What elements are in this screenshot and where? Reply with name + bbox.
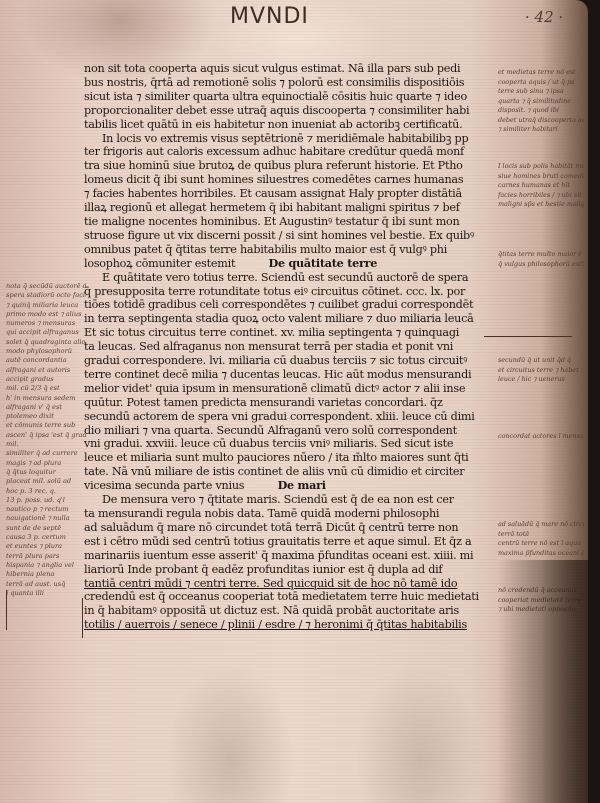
annotation-line: secundū q̄ ut unit q̄d q̄ [498, 356, 584, 366]
text-line: De mensura vero ⁊ q̄titate maris. Sciend… [84, 493, 494, 507]
annotation-line: alfragani v' q̄ est [6, 403, 86, 412]
text-line: omnibus patet q̄ q̄titas terre habitabil… [84, 243, 494, 257]
text-line: q̄ presupposita terre rotunditate totus … [84, 285, 494, 299]
text-line: marinariis iuentum esse asserit' q̄ maxi… [84, 549, 494, 563]
text-line: struose figure ut vix discerni possit / … [84, 229, 494, 243]
text-line: quūtur. Potest tamen predicta mensurandi… [84, 396, 494, 410]
right-margin-annotation-2: I locis sub polis habitāt monstra siue h… [498, 162, 584, 210]
annotation-line: qui accipit alfraganus [6, 328, 86, 337]
annotation-line: hibernia plena [6, 570, 86, 579]
annotation-line: causa 3 p. certum [6, 533, 86, 542]
annotation-line: 13 p. poss. ud. q'l [6, 496, 86, 505]
annotation-line: et cōmunis terre sub [6, 421, 86, 430]
text-line: ter frigoris aut caloris excessum adhuc … [84, 145, 494, 159]
annotation-line: facies horribiles / ⁊ ubi sīt [498, 191, 584, 201]
text-line: ta mensurandi regula nobis data. Tamē qu… [84, 507, 494, 521]
annotation-line: terrā plura pars [6, 552, 86, 561]
text-line: vicesima secunda parte vnius [84, 479, 244, 492]
left-margin-annotations: nota q̄ secūdū auctorē de spera stadiorū… [6, 282, 86, 598]
text-line: vni gradui. xxviii. leuce cū duabus terc… [84, 437, 494, 451]
margin-bracket-mark [82, 598, 83, 638]
text-line: in terra septingenta stadia quoꝝ octo va… [84, 312, 494, 326]
annotation-line: q̄titas terre multo maior ē [498, 250, 584, 260]
right-margin-annotation-6: ad saluādū q̄ mare nō circundat terrā to… [498, 520, 584, 558]
folio-number: · 42 · [525, 8, 563, 26]
annotation-line: debet utraq̄ discooperta aquis [498, 116, 584, 126]
annotation-line: autē concordantia [6, 356, 86, 365]
annotation-line: disposit. ⁊ quod ibi [498, 106, 584, 116]
text-line: tate. Nā vnū miliare de istis continet d… [84, 465, 494, 479]
section-heading-quantity-of-earth: De quātitate terre [239, 257, 378, 270]
margin-rule-mark [484, 336, 572, 337]
annotation-line: h' in mensura sedem [6, 394, 86, 403]
annotation-line: similiter q̄ ad currere [6, 449, 86, 458]
page-edge-shadow [498, 560, 588, 803]
annotation-line: placeat mil. solū ad [6, 477, 86, 486]
text-line: In locis vo extremis visus septētrionē ⁊… [84, 132, 494, 146]
text-line-underlined: totilis / auerrois / senece / plinii / e… [84, 618, 494, 632]
annotation-line: cooperta aquis / ut q̄ ps [498, 78, 584, 88]
annotation-line: nautico p ⁊ rectum [6, 505, 86, 514]
annotation-line: q̄ q̄tus loquitur [6, 468, 86, 477]
annotation-line: nota q̄ secūdū auctorē de [6, 282, 86, 291]
section-heading-sea: De mari [248, 479, 326, 492]
text-line: bus nostris, q̄rtā ad remotionē solis ⁊ … [84, 76, 494, 90]
running-head: MVNDI [230, 4, 309, 29]
text-line: ⁊ facies habentes horribiles. Et causam … [84, 187, 494, 201]
annotation-line: spera stadiorū octo faciūt [6, 291, 86, 300]
text-line: tiōes totidē gradibus celi correspondēte… [84, 298, 494, 312]
annotation-line: I locis sub polis habitāt monstra [498, 162, 584, 172]
annotation-line: ptolemeo dixit [6, 412, 86, 421]
text-line: est i cētro mūdi sed centrū totius graui… [84, 535, 494, 549]
annotation-line: et medietas terre nō est [498, 68, 584, 78]
text-line-with-heading: vicesima secunda parte vnius De mari [84, 479, 494, 493]
text-line: terre continet decē milia ⁊ ducentas leu… [84, 368, 494, 382]
text-line: ad saluādum q̄ mare nō circundet totā te… [84, 521, 494, 535]
text-line: sicut ista ⁊ similiter quarta ultra equi… [84, 90, 494, 104]
annotation-line: maligni sp̄s et bestie maligne [498, 200, 584, 210]
annotation-line: numeros ⁊ mensuras [6, 319, 86, 328]
annotation-line: alfragani et autoris [6, 366, 86, 375]
annotation-line: centrū terre nō est ī aqua ⁊ centrū [498, 539, 584, 549]
annotation-line: concordat actores ī mensurā [498, 432, 584, 442]
text-line-with-heading: losophoꝝ cōmuniter estemit De quātitate … [84, 257, 494, 271]
text-line: tie maligne nocentes hominibus. Et Augus… [84, 215, 494, 229]
printed-text-block: non sit tota cooperta aquis sicut vulgus… [84, 62, 494, 632]
annotation-line: maxima p̄funditas oceani ē 14 [498, 549, 584, 559]
annotation-line: ⁊ quinq̄ miliaria leuca [6, 301, 86, 310]
text-line: credendū est q̄ occeanus cooperiat totā … [84, 590, 494, 604]
annotation-line: terre sub sinu ⁊ ipsa [498, 87, 584, 97]
text-line: secundū actorem de spera vni gradui corr… [84, 410, 494, 424]
annotation-line: hoc p. 3 rec. q. [6, 487, 86, 496]
annotation-line: hispania ⁊ anglia vel [6, 561, 86, 570]
annotation-line: nauigationē ⁊ nulla [6, 514, 86, 523]
annotation-line: terrā ad aust. usq̄ [6, 580, 86, 589]
annotation-line: sunt de de septē [6, 524, 86, 533]
text-line: liariorū Inde probant q̄ eadēz profundit… [84, 563, 494, 577]
annotation-line: modo phylosophorū [6, 347, 86, 356]
text-line: gradui correspondere. lvi. miliaria cū d… [84, 354, 494, 368]
margin-bracket-mark [6, 590, 7, 630]
annotation-line: primo modo est ⁊ alius [6, 310, 86, 319]
text-line: leuce et miliaria sunt multo pauciores n… [84, 451, 494, 465]
text-line: melior videt' quia ipsum in mensurationē… [84, 382, 494, 396]
text-line-underlined: tantiā centri mūdi ⁊ centri terre. Sed q… [84, 577, 494, 591]
book-page: MVNDI · 42 · non sit tota cooperta aquis… [0, 0, 588, 803]
annotation-line: ī quanta illi [6, 589, 86, 598]
text-line: lomeus dicit q̄ ibi sunt homines siluest… [84, 173, 494, 187]
annotation-line: ascen' q̄ ipsa 'est q̄ grado [6, 431, 86, 440]
right-margin-annotation-4: secundū q̄ ut unit q̄d q̄ et circuitus t… [498, 356, 584, 385]
text-line: tabilis licet quātū in eis habitetur non… [84, 118, 494, 132]
annotation-line: leuce / hic ⁊ uenerus [498, 375, 584, 385]
annotation-line: siue homines bruti comedētes [498, 172, 584, 182]
text-line: losophoꝝ cōmuniter estemit [84, 257, 235, 270]
text-line: illaꝝ regionū et allegat hermetem q̄ ibi… [84, 201, 494, 215]
text-line: Et sic totus circuitus terre continet. x… [84, 326, 494, 340]
annotation-line: carnes humanas et hīt [498, 181, 584, 191]
text-line: non sit tota cooperta aquis sicut vulgus… [84, 62, 494, 76]
annotation-line: terrā totā [498, 530, 584, 540]
text-line: proporcionaliter debet esse utraq̄ aquis… [84, 104, 494, 118]
annotation-line: ⁊ similiter habitari [498, 125, 584, 135]
right-margin-annotation-3: q̄titas terre multo maior ē q̄ vulgus ph… [498, 250, 584, 269]
annotation-line: magis ⁊ ad plura [6, 459, 86, 468]
text-line: tra siue hominū siue brutoꝝ de quibus pl… [84, 159, 494, 173]
annotation-line: et circuitus terre ⁊ habet [498, 366, 584, 376]
annotation-line: mil. [6, 440, 86, 449]
annotation-line: et euntes ⁊ plura [6, 542, 86, 551]
annotation-line: quarta ⁊ q̄ similitudine [498, 97, 584, 107]
text-line: ta leucas. Sed alfraganus non mensurat t… [84, 340, 494, 354]
text-line: dio miliari ⁊ vna quarta. Secundū Alfrag… [84, 424, 494, 438]
annotation-line: accipit gradus [6, 375, 86, 384]
text-line: E quātitate vero totius terre. Sciendū e… [84, 271, 494, 285]
annotation-line: ad saluādū q̄ mare nō circundat [498, 520, 584, 530]
text-line: in q̄ habitamꝰ oppositā ut dictuz est. N… [84, 604, 494, 618]
right-margin-annotation-5: concordat actores ī mensurā [498, 432, 584, 442]
annotation-line: solet q̄ quadraginta alio [6, 338, 86, 347]
annotation-line: mil. cū 2/3 q̄ est [6, 384, 86, 393]
right-margin-annotation-1: et medietas terre nō est cooperta aquis … [498, 68, 584, 135]
annotation-line: q̄ vulgus philosophorū estīa [498, 260, 584, 270]
